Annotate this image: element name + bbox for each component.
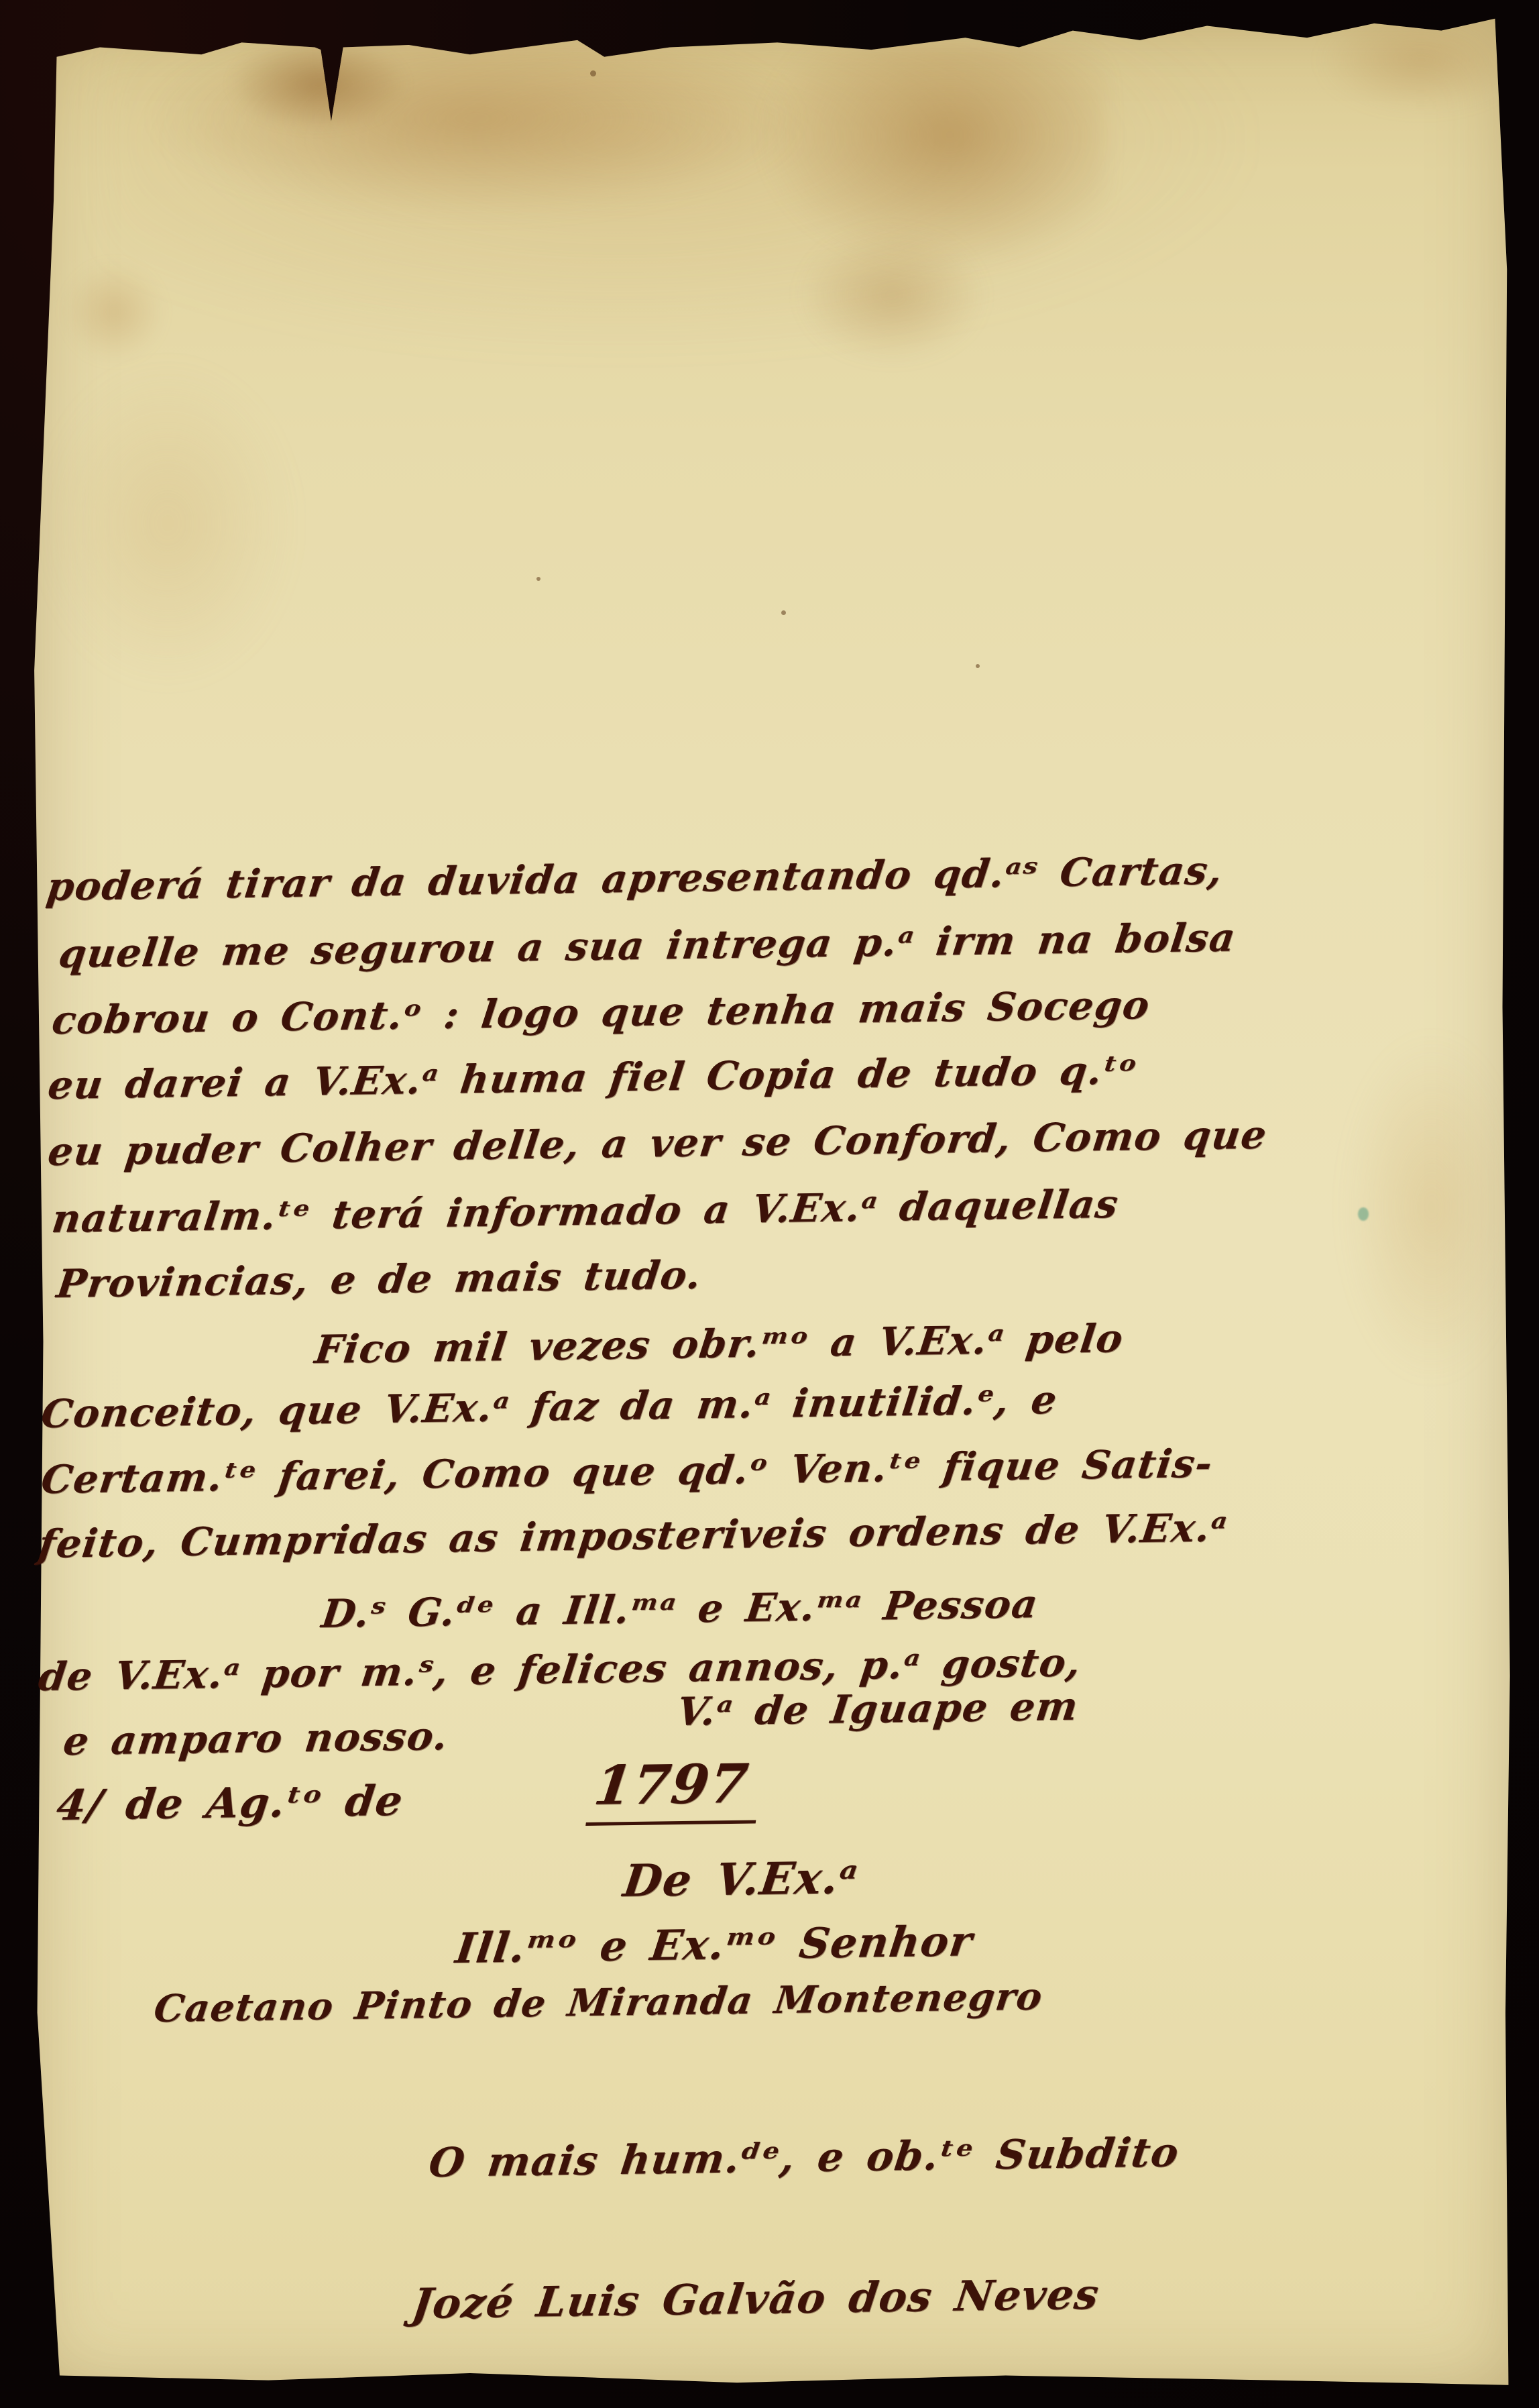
paper-speck — [976, 664, 980, 668]
stain-left-small — [64, 262, 164, 362]
page-background: poderá tirar da duvida apresentando qd.ᵃ… — [0, 0, 1539, 2408]
date-year: 1797 — [585, 1751, 764, 1826]
stain-top-wash — [107, 27, 1247, 349]
paper-speck — [536, 577, 540, 581]
stain-top-right — [758, 44, 1106, 272]
letter-body-line: Provincias, e de mais tudo. — [54, 1252, 705, 1307]
paper-speck — [590, 70, 596, 76]
stain-upper-left-wash — [47, 369, 288, 677]
signature-line: Jozé Luis Galvão dos Neves — [409, 2270, 1102, 2328]
sender-formula: De V.Ex.ᵃ — [620, 1851, 861, 1907]
place-line: V.ᵃ de Iguape em — [675, 1684, 1082, 1735]
stain-right-mid — [1348, 1040, 1516, 1375]
stain-corner-right — [1321, 10, 1522, 111]
valediction-line: e amparo nosso. — [61, 1713, 451, 1764]
stain-top-center — [228, 37, 409, 131]
date-line: 4/ de Ag.ᵗᵒ de — [54, 1776, 406, 1830]
addressee-title: Ill.ᵐᵒ e Ex.ᵐᵒ Senhor — [453, 1916, 976, 1973]
stain-top-band — [148, 37, 805, 218]
speck-green — [1358, 1207, 1369, 1221]
paper-speck — [781, 610, 786, 615]
stain-top-right-tail — [798, 228, 986, 362]
